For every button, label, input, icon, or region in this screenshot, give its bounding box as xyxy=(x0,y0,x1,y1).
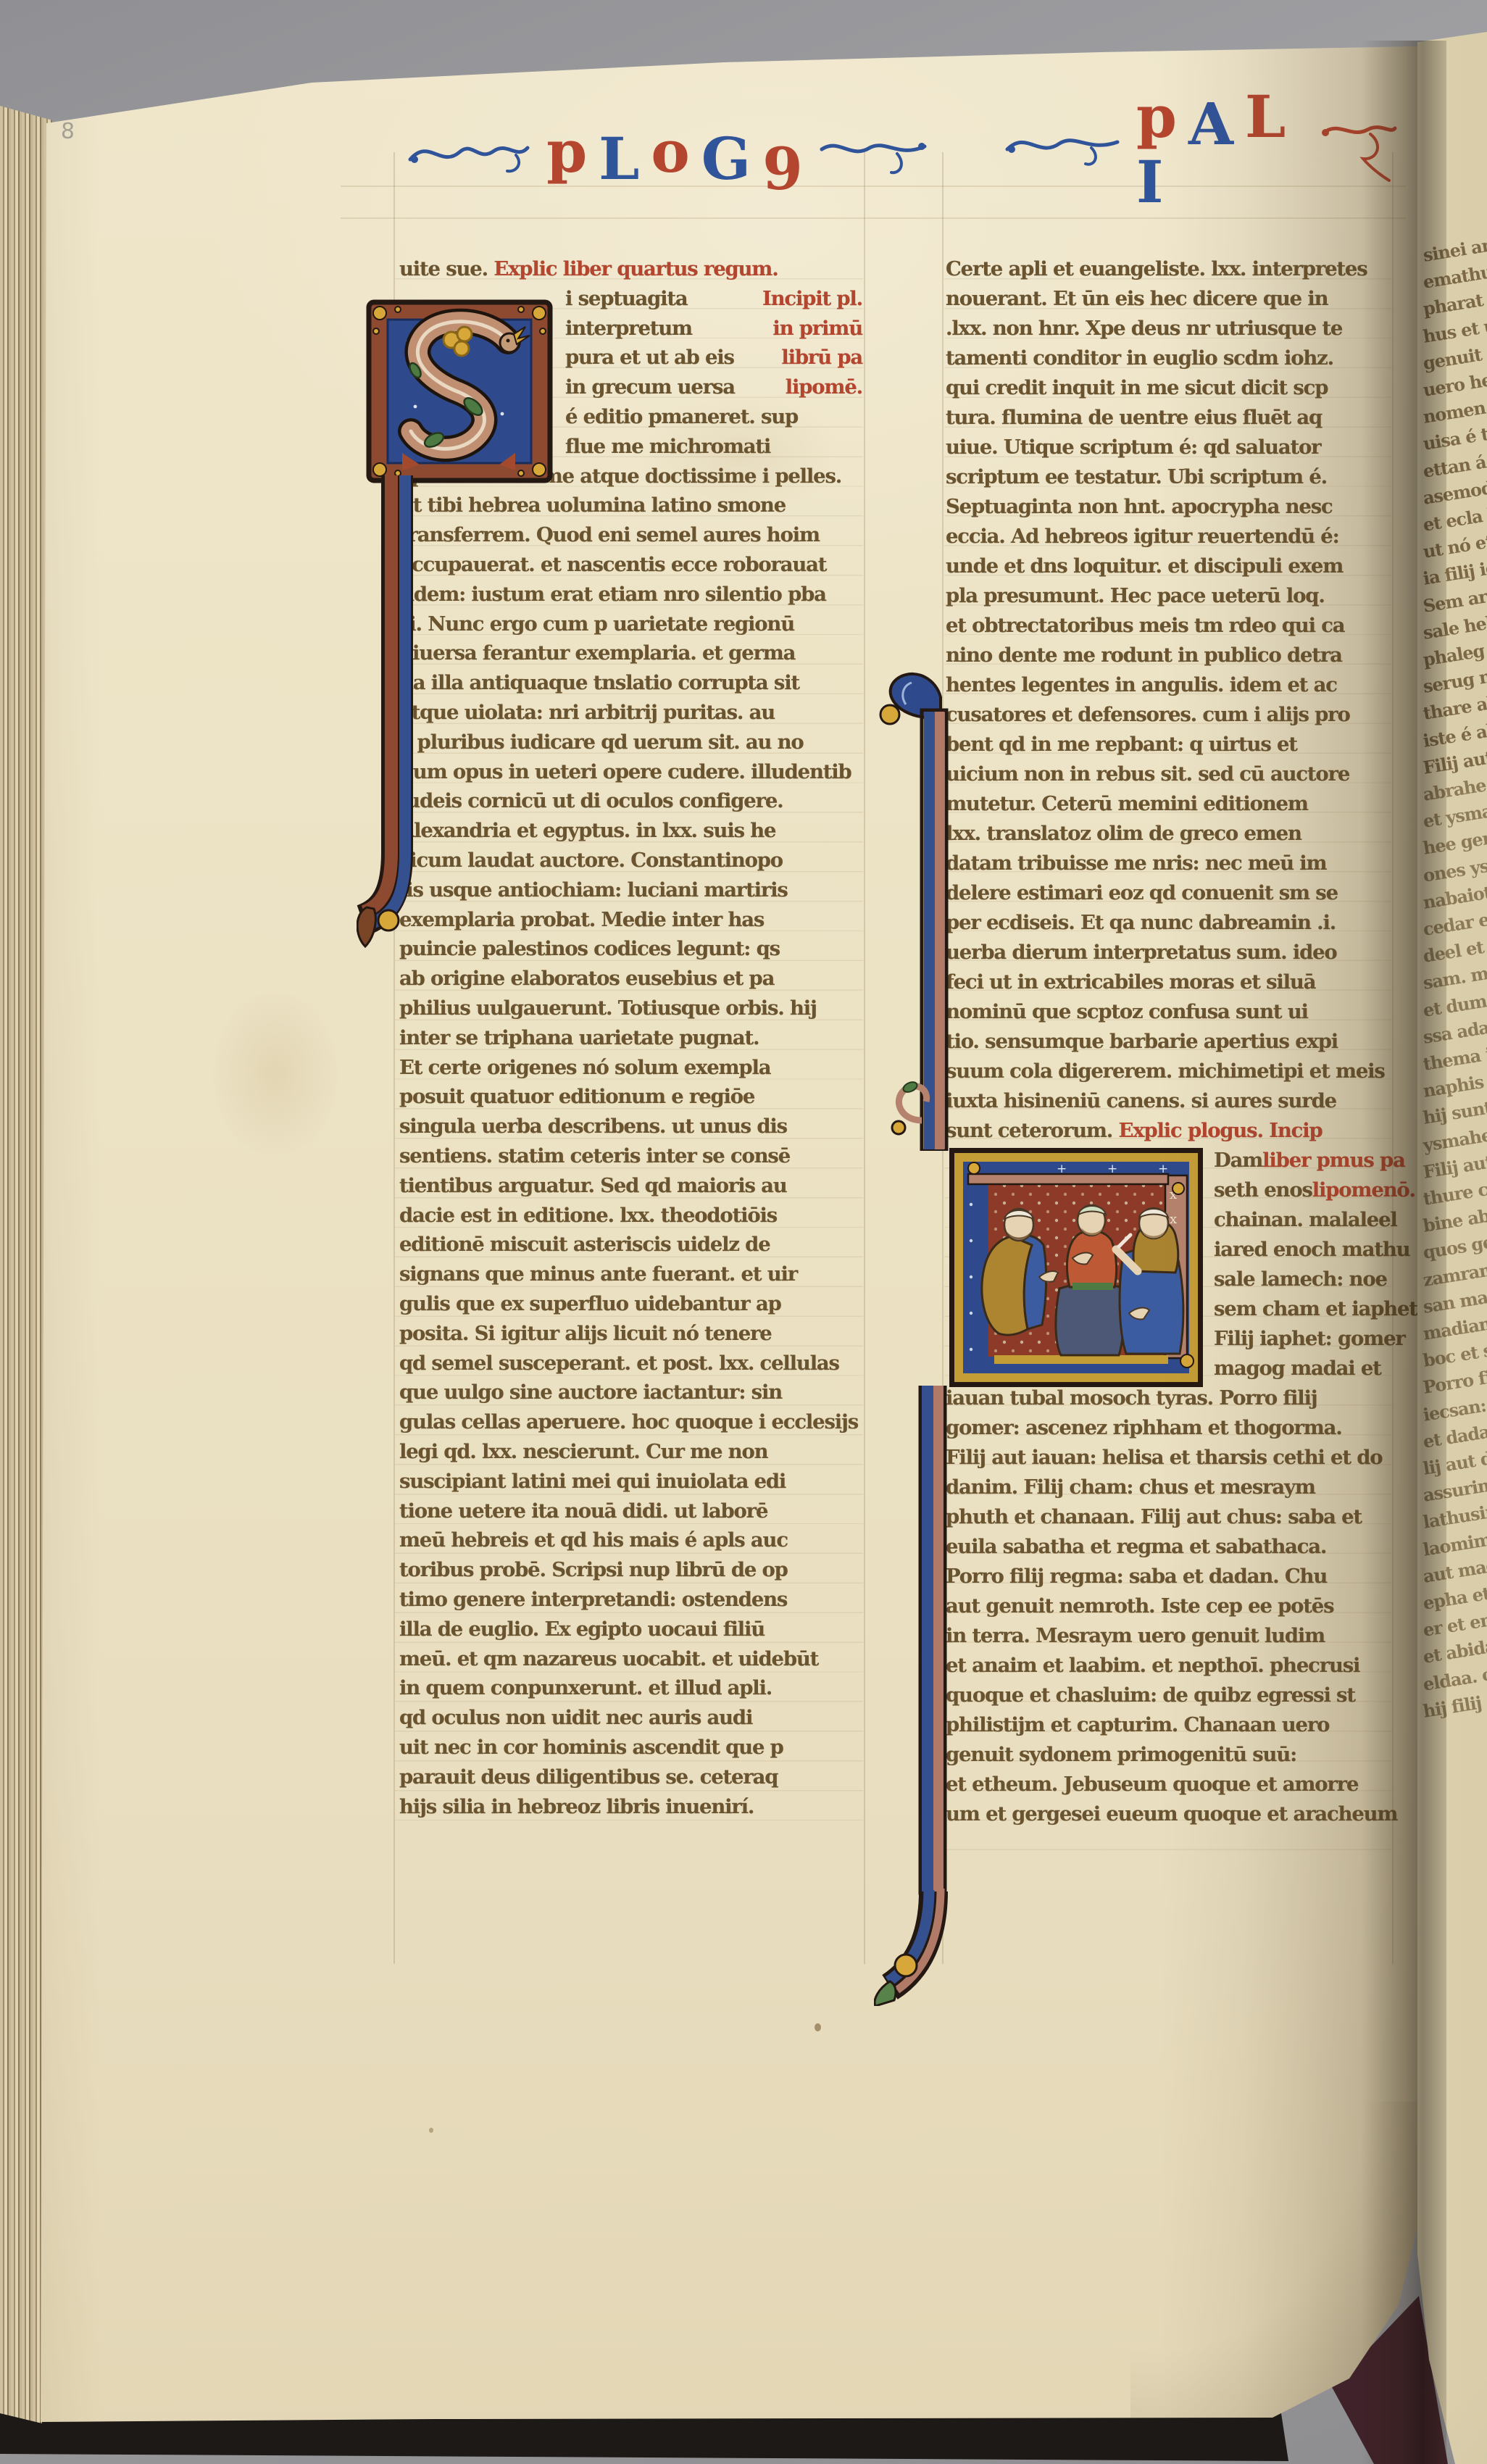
edge-text-line: sinei arad xyxy=(1422,231,1487,267)
pencil-foliation: 8 xyxy=(60,119,79,145)
initial-a-descender xyxy=(874,1386,958,2006)
initial-a-ascender xyxy=(878,671,954,1151)
body-text: sunt ceterorum. xyxy=(946,1119,1119,1142)
miniature-three-patriarchs xyxy=(982,1205,1183,1355)
manuscript-photo: pLoG9 pALI uite sue. Explic liber quartu… xyxy=(0,0,1487,2464)
manuscript-page: pLoG9 pALI uite sue. Explic liber quartu… xyxy=(0,0,1487,2464)
page-curve-shadow xyxy=(1159,43,1419,2428)
miniature-bench xyxy=(994,1355,1168,1364)
initial-s-extender xyxy=(357,475,472,957)
illuminated-initial-S xyxy=(365,298,554,485)
